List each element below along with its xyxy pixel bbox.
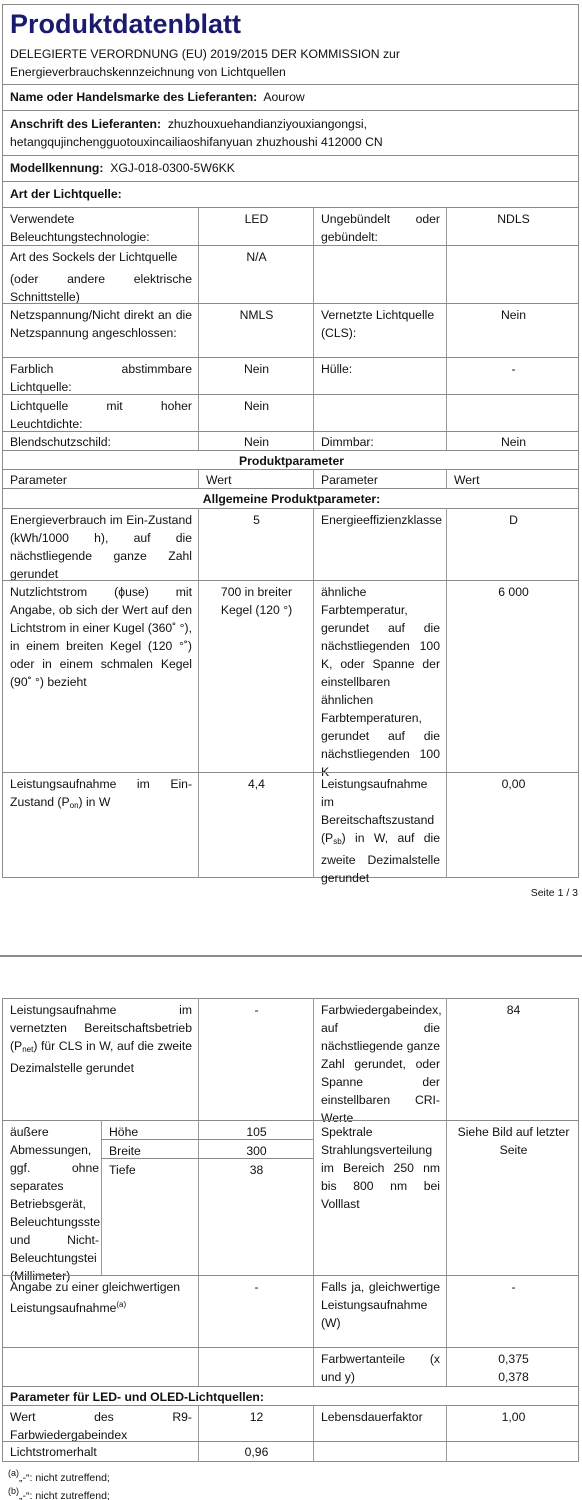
dim-depth-label: Tiefe [101, 1159, 198, 1179]
supplier-address-row: Anschrift des Lieferanten: zhuzhouxuehan… [2, 113, 579, 151]
pp-value-luminous-flux: 700 in breiter Kegel (120 °) [198, 581, 313, 619]
col-header-value-2: Wert [446, 469, 579, 489]
regulation-text: DELEGIERTE VERORDNUNG (EU) 2019/2015 DER… [2, 43, 422, 81]
ls-param-tunable: Farblich abstimmbare Lichtquelle: [2, 358, 198, 396]
light-source-type-label: Art der Lichtquelle: [2, 183, 579, 203]
pp-param-equivalent-power-w: Falls ja, gleichwertige Leistungsaufnahm… [313, 1276, 446, 1332]
ls-param-cap-line2: (oder andere elektrische Schnittstelle) [10, 270, 192, 306]
col-header-value-1: Wert [198, 469, 313, 489]
pp-param-on-mode-power: Leistungsaufnahme im Ein-Zustand (Pon) i… [2, 773, 198, 815]
led-value-r9: 12 [198, 1406, 313, 1426]
footnote-b: (b)„-“: nicht zutreffend; [8, 1482, 110, 1500]
supplier-address-label: Anschrift des Lieferanten: [10, 117, 161, 131]
ls-param-dimmable: Dimmbar: [313, 431, 446, 451]
pp-value-efficiency-class: D [446, 509, 579, 529]
supplier-name-row: Name oder Handelsmarke des Lieferanten: … [2, 86, 579, 106]
ls-value-high-luminance: Nein [198, 395, 313, 415]
ls-value-tunable: Nein [198, 358, 313, 378]
supplier-name-label: Name oder Handelsmarke des Lieferanten: [10, 90, 257, 104]
led-value-survival-factor: 1,00 [446, 1406, 579, 1426]
col-header-parameter-1: Parameter [2, 469, 198, 489]
dim-height-value: 105 [198, 1121, 313, 1141]
ls-value-mains: NMLS [198, 304, 313, 324]
ls-param-cls: Vernetzte Lichtquelle (CLS): [313, 304, 446, 342]
ls-param-cap: Art des Sockels der Lichtquelle (oder an… [2, 246, 198, 306]
led-param-survival-factor: Lebensdauerfaktor [313, 1406, 446, 1426]
general-params-title: Allgemeine Produktparameter: [2, 488, 579, 508]
ls-value-directional: NDLS [446, 208, 579, 228]
pp-value-equivalent-power-w: - [446, 1276, 579, 1296]
led-params-title: Parameter für LED- und OLED-Lichtquellen… [2, 1386, 579, 1406]
ls-value-cap: N/A [198, 246, 313, 266]
product-params-title: Produktparameter [2, 450, 579, 470]
dim-depth-value: 38 [198, 1159, 313, 1179]
pp-param-efficiency-class: Energieeffizienzklasse [313, 509, 446, 529]
chromaticity-x: 0,375 [454, 1350, 573, 1368]
ls-param-mains: Netzspannung/Nicht direkt an die Netzspa… [2, 304, 198, 342]
chromaticity-y: 0,378 [454, 1368, 573, 1386]
ls-param-glare-shield: Blendschutzschild: [2, 431, 198, 451]
supplier-address-line2: hetangqujinchengguotouxincailiaoshifanyu… [10, 135, 383, 149]
ls-param-technology: Verwendete Beleuchtungstechnologie: [2, 208, 198, 246]
dim-height-label: Höhe [101, 1121, 198, 1141]
pp-param-cri: Farbwiedergabeindex, auf die nächstliege… [313, 999, 446, 1127]
ls-value-cls: Nein [446, 304, 579, 324]
supplier-address-line1: zhuzhouxuehandianziyouxiangongsi, [168, 117, 367, 131]
model-row: Modellkennung: XGJ-018-0300-5W6KK [2, 157, 579, 177]
pp-value-energy: 5 [198, 509, 313, 529]
ls-param-envelope: Hülle: [313, 358, 446, 378]
col-header-parameter-2: Parameter [313, 469, 446, 489]
pp-param-chromaticity: Farbwertanteile (x und y) [313, 1348, 446, 1386]
dim-width-label: Breite [101, 1140, 198, 1160]
pp-param-equivalent-power: Angabe zu einer gleichwertigen Leistungs… [2, 1276, 198, 1317]
ls-param-directional: Ungebündelt oder gebündelt: [313, 208, 446, 246]
model-id: XGJ-018-0300-5W6KK [110, 161, 235, 175]
pp-param-spectral: Spektrale Strahlungsverteilung im Bereic… [313, 1121, 446, 1213]
ls-value-technology: LED [198, 208, 313, 228]
page-divider [0, 955, 582, 957]
pp-value-on-mode-power: 4,4 [198, 773, 313, 793]
pp-value-cri: 84 [446, 999, 579, 1019]
led-value-lumen-maintenance: 0,96 [198, 1441, 313, 1461]
model-label: Modellkennung: [10, 161, 103, 175]
supplier-name: Aourow [263, 90, 304, 104]
ls-value-dimmable: Nein [446, 431, 579, 451]
page-title: Produktdatenblatt [2, 6, 579, 40]
ls-value-glare-shield: Nein [198, 431, 313, 451]
pp-param-cct: ähnliche Farbtemperatur, gerundet auf di… [313, 581, 446, 781]
pp-param-energy: Energieverbrauch im Ein-Zustand (kWh/100… [2, 509, 198, 583]
pp-param-networked-standby: Leistungsaufnahme im vernetzten Bereitsc… [2, 999, 198, 1077]
pp-value-networked-standby: - [198, 999, 313, 1019]
pp-param-dimensions: äußere Abmessungen, ggf. ohne separates … [2, 1121, 101, 1285]
pp-value-cct: 6 000 [446, 581, 579, 601]
led-param-lumen-maintenance: Lichtstromerhalt [2, 1441, 198, 1461]
ls-param-high-luminance: Lichtquelle mit hoher Leuchtdichte: [2, 395, 198, 433]
led-param-r9: Wert des R9-Farbwiedergabeindex [2, 1406, 198, 1444]
pp-param-standby-power: Leistungsaufnahme im Bereitschaftszustan… [313, 773, 446, 887]
pp-value-spectral: Siehe Bild auf letzter Seite [446, 1121, 579, 1159]
ls-value-envelope: - [446, 358, 579, 378]
pp-value-standby-power: 0,00 [446, 773, 579, 793]
ls-param-cap-line1: Art des Sockels der Lichtquelle [10, 248, 192, 266]
pp-value-chromaticity: 0,375 0,378 [446, 1348, 579, 1386]
page-footer: Seite 1 / 3 [480, 884, 578, 902]
pp-value-equivalent-power: - [198, 1276, 313, 1296]
pp-param-luminous-flux: Nutzlichtstrom (ϕuse) mit Angabe, ob sic… [2, 581, 198, 691]
dim-width-value: 300 [198, 1140, 313, 1160]
